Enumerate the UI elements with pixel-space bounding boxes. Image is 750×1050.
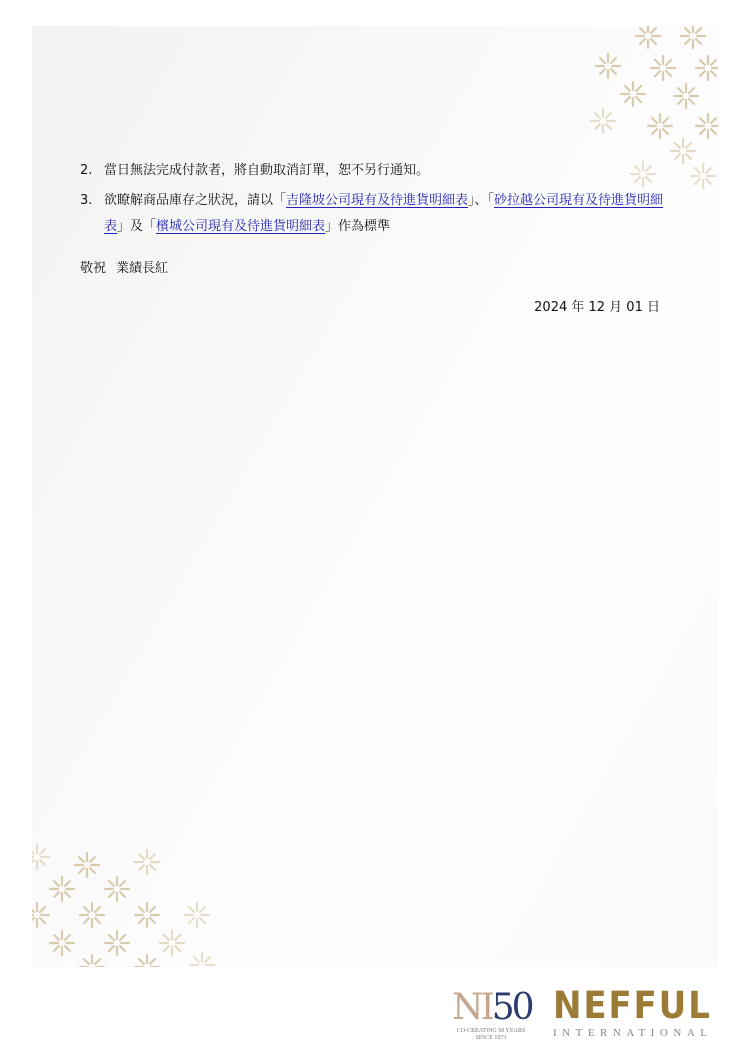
text-segment: 」、「 [468, 193, 494, 208]
salutation: 敬祝 [80, 261, 106, 276]
ni50-tagline: CO-CREATING 50 YEARS SINCE 1973 [448, 1028, 534, 1042]
decorative-star-pattern-bottom-left [32, 837, 222, 967]
kuala-lumpur-stock-list-link[interactable]: 吉隆坡公司現有及待進貨明細表 [286, 193, 468, 208]
ni50-tagline-line2: SINCE 1973 [448, 1035, 534, 1042]
text-segment: 」及「 [117, 219, 156, 234]
ni50-anniversary-logo: NI50 CO-CREATING 50 YEARS SINCE 1973 [448, 988, 538, 1044]
text-segment: 」作為標準 [325, 219, 390, 234]
document-date: 2024 年 12 月 01 日 [534, 296, 660, 315]
list-number: 2. [80, 158, 104, 184]
ni50-tagline-line1: CO-CREATING 50 YEARS [448, 1028, 534, 1035]
list-item: 3. 欲瞭解商品庫存之狀況，請以「吉隆坡公司現有及待進貨明細表」、「砂拉越公司現… [80, 188, 670, 240]
nefful-logo: NEFFUL INTERNATIONAL [553, 987, 718, 1043]
closing-wish: 業績長紅 [116, 261, 168, 276]
ni50-mark-50: 50 [492, 987, 532, 1028]
list-text: 欲瞭解商品庫存之狀況，請以「吉隆坡公司現有及待進貨明細表」、「砂拉越公司現有及待… [104, 188, 670, 240]
penang-stock-list-link[interactable]: 檳城公司現有及待進貨明細表 [156, 219, 325, 234]
list-number: 3. [80, 188, 104, 240]
list-item: 2. 當日無法完成付款者，將自動取消訂單，恕不另行通知。 [80, 158, 670, 184]
text-segment: 欲瞭解商品庫存之狀況，請以「 [104, 193, 286, 208]
ni50-mark-ni: NI [452, 987, 492, 1028]
list-text: 當日無法完成付款者，將自動取消訂單，恕不另行通知。 [104, 158, 670, 184]
brand-name: NEFFUL [553, 987, 705, 1025]
closing-salutation: 敬祝業績長紅 [80, 257, 168, 276]
ni50-mark: NI50 [452, 988, 532, 1028]
notice-list: 2. 當日無法完成付款者，將自動取消訂單，恕不另行通知。 3. 欲瞭解商品庫存之… [80, 158, 670, 240]
brand-subtitle: INTERNATIONAL [553, 1027, 718, 1039]
